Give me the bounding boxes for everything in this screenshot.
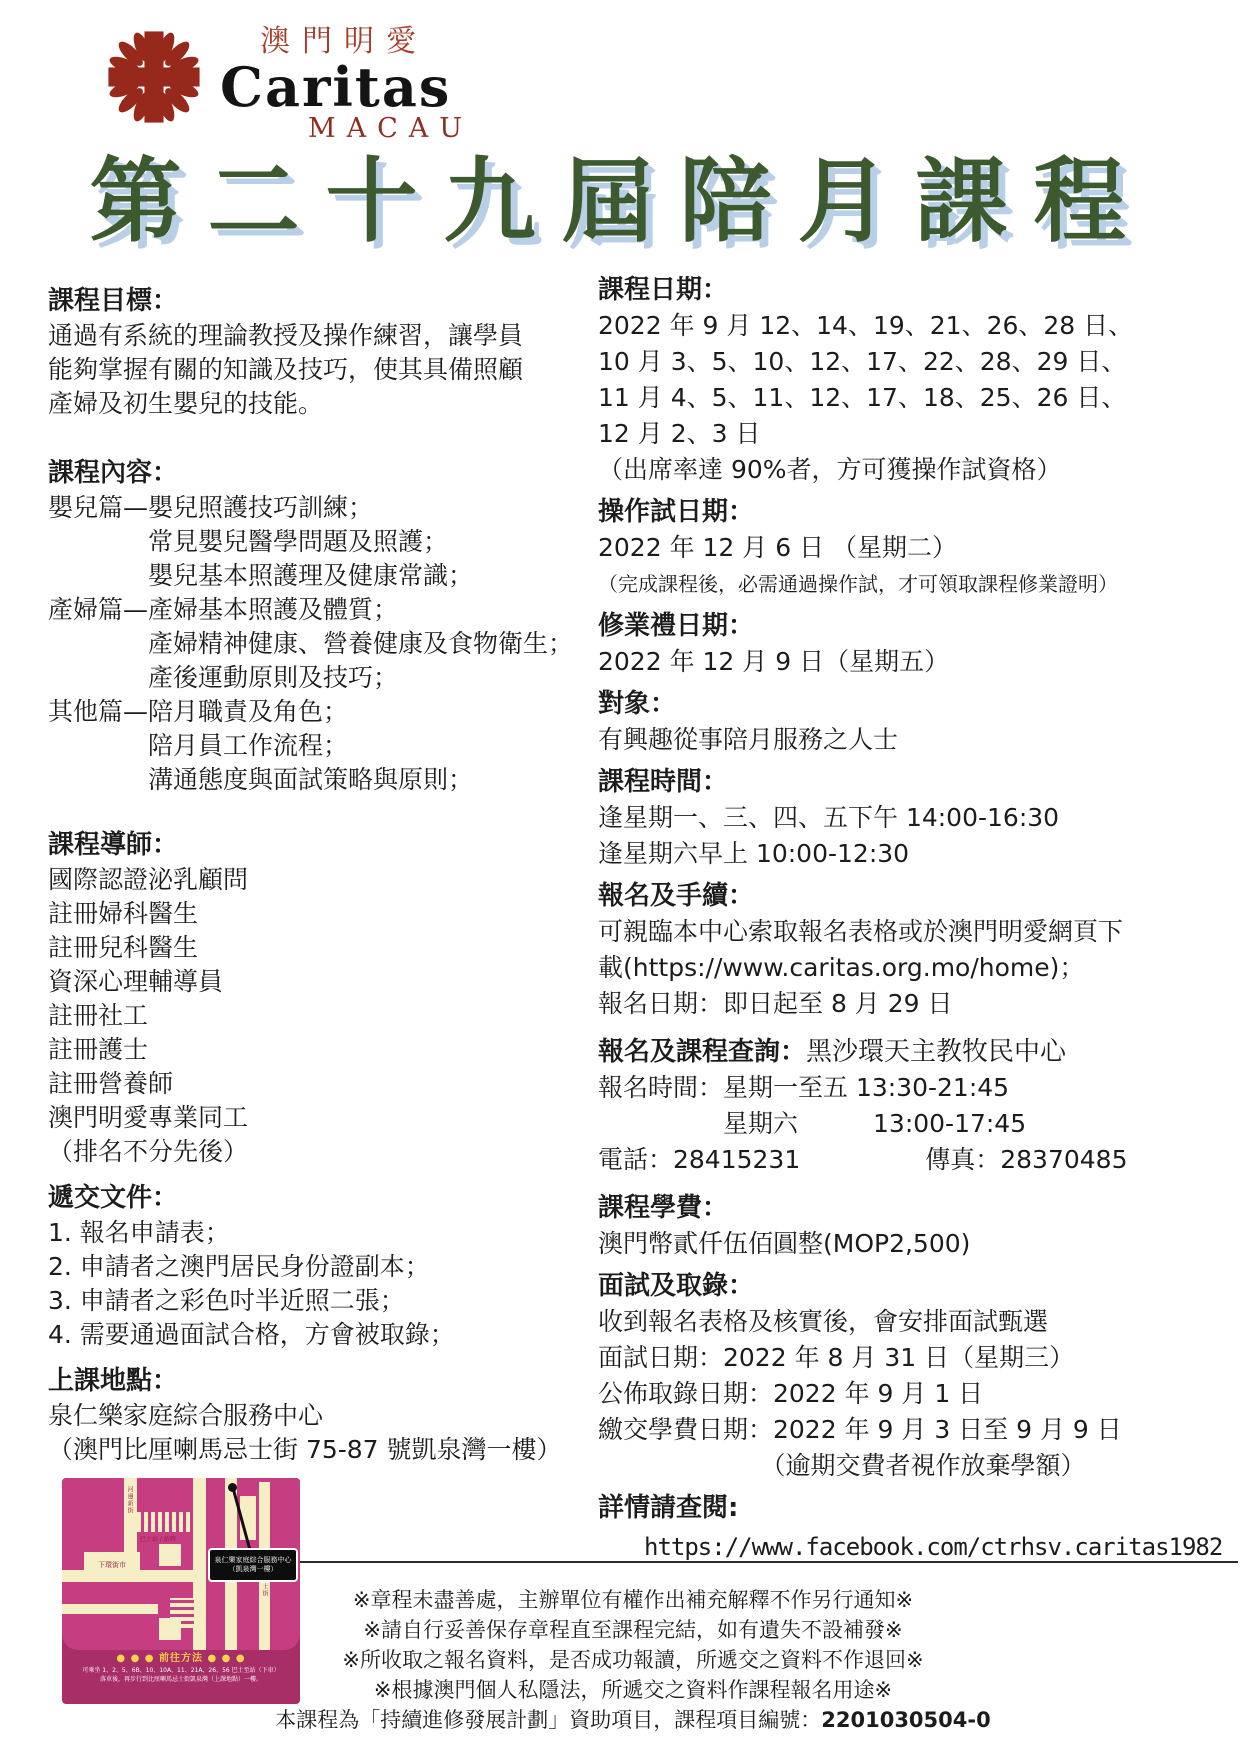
map-pin-icon bbox=[228, 1483, 237, 1492]
text-line: 通過有系統的理論教授及操作練習，讓學員 bbox=[48, 319, 596, 353]
facebook-underline-rule bbox=[288, 1561, 1238, 1563]
map-callout-line2: （凱泉灣一樓） bbox=[229, 1565, 278, 1574]
text-line: 報名時間：星期一至五 13:30-21:45 bbox=[598, 1070, 1241, 1106]
logo-text: 澳門明愛 Caritas MACAU bbox=[220, 24, 473, 143]
section-heading: 課程導師： bbox=[48, 827, 596, 863]
text-line: 12 月 2、3 日 bbox=[598, 416, 1241, 452]
text-line: （澳門比厘喇馬忌士街 75-87 號凱泉灣一樓） bbox=[48, 1433, 596, 1467]
text-line: 可親臨本中心索取報名表格或於澳門明愛網頁下 bbox=[598, 914, 1241, 950]
section: 遞交文件：1. 報名申請表；2. 申請者之澳門居民身份證副本；3. 申請者之彩色… bbox=[48, 1180, 596, 1352]
page-title: 第二十九屆陪月課程 bbox=[0, 128, 1241, 260]
section-heading: 報名及課程查詢：黑沙環天主教牧民中心 bbox=[598, 1034, 1241, 1070]
text-line: 收到報名表格及核實後，會安排面試甄選 bbox=[598, 1304, 1241, 1340]
right-column: 課程日期：2022 年 9 月 12、14、19、21、26、28 日、10 月… bbox=[598, 272, 1241, 1564]
text-line: 1. 報名申請表； bbox=[48, 1216, 596, 1250]
section: 課程學費：澳門幣貳仟伍佰圓整(MOP2,500) bbox=[598, 1190, 1241, 1262]
text-line: 常見嬰兒醫學問題及照護； bbox=[48, 525, 596, 559]
section: 詳情請查閱:https://www.facebook.com/ctrhsv.ca… bbox=[598, 1490, 1241, 1564]
footnote: ※請自行妥善保存章程直至課程完結，如有遺失不設補發※ bbox=[153, 1615, 1113, 1645]
section-heading: 詳情請查閱: bbox=[598, 1490, 1241, 1526]
section-heading: 課程時間： bbox=[598, 764, 1241, 800]
map-callout: 泉仁樂家庭綜合服務中心 （凱泉灣一樓） bbox=[208, 1548, 298, 1582]
text-line: 面試日期：2022 年 8 月 31 日（星期三） bbox=[598, 1340, 1241, 1376]
text-line: 泉仁樂家庭綜合服務中心 bbox=[48, 1399, 596, 1433]
text-line: 有興趣從事陪月服務之人士 bbox=[598, 722, 1241, 758]
section: 面試及取錄：收到報名表格及核實後，會安排面試甄選面試日期：2022 年 8 月 … bbox=[598, 1268, 1241, 1484]
text-line: 註冊營養師 bbox=[48, 1067, 596, 1101]
text-line: 溝通態度與面試策略與原則； bbox=[48, 763, 596, 797]
section-heading: 上課地點： bbox=[48, 1363, 596, 1399]
section: 上課地點：泉仁樂家庭綜合服務中心（澳門比厘喇馬忌士街 75-87 號凱泉灣一樓） bbox=[48, 1363, 596, 1467]
text-line: 10 月 3、5、10、12、17、22、28、29 日、 bbox=[598, 344, 1241, 380]
section-heading-suffix: 黑沙環天主教牧民中心 bbox=[806, 1037, 1066, 1067]
text-line: 註冊護士 bbox=[48, 1033, 596, 1067]
caritas-cross-icon bbox=[98, 24, 210, 130]
text-line: 註冊兒科醫生 bbox=[48, 931, 596, 965]
text-line: 其他篇—陪月職責及角色； bbox=[48, 695, 596, 729]
text-line: 逢星期一、三、四、五下午 14:00-16:30 bbox=[598, 800, 1241, 836]
text-line: 註冊婦科醫生 bbox=[48, 897, 596, 931]
text-line: 2. 申請者之澳門居民身份證副本； bbox=[48, 1250, 596, 1284]
text-line: 註冊社工 bbox=[48, 999, 596, 1033]
text-line: 3. 申請者之彩色吋半近照二張； bbox=[48, 1284, 596, 1318]
text-line: 澳門明愛專業同工 bbox=[48, 1101, 596, 1135]
section-heading: 對象： bbox=[598, 686, 1241, 722]
section-heading: 遞交文件： bbox=[48, 1180, 596, 1216]
left-column: 課程目標：通過有系統的理論教授及操作練習，讓學員能夠掌握有關的知識及技巧，使其具… bbox=[48, 283, 596, 1467]
section: 修業禮日期：2022 年 12 月 9 日（星期五） bbox=[598, 608, 1241, 680]
text-line: 星期六 13:00-17:45 bbox=[598, 1106, 1241, 1142]
text-line: 2022 年 12 月 6 日 （星期二） bbox=[598, 530, 1241, 566]
caritas-logo: 澳門明愛 Caritas MACAU bbox=[98, 24, 473, 143]
section-heading: 面試及取錄： bbox=[598, 1268, 1241, 1304]
section: 課程目標：通過有系統的理論教授及操作練習，讓學員能夠掌握有關的知識及技巧，使其具… bbox=[48, 283, 596, 421]
text-line: 嬰兒基本照護理及健康常識； bbox=[48, 559, 596, 593]
text-line: 嬰兒篇—嬰兒照護技巧訓練； bbox=[48, 491, 596, 525]
text-line: 2022 年 12 月 9 日（星期五） bbox=[598, 644, 1241, 680]
text-line: （出席率達 90%者，方可獲操作試資格） bbox=[598, 452, 1241, 488]
footer: ※章程未盡善處，主辦單位有權作出補充解釋不作另行通知※※請自行妥善保存章程直至課… bbox=[153, 1585, 1113, 1735]
logo-latin-name: Caritas bbox=[220, 60, 473, 115]
section: 課程內容：嬰兒篇—嬰兒照護技巧訓練； 常見嬰兒醫學問題及照護； 嬰兒基本照護理及… bbox=[48, 455, 596, 797]
section-heading: 課程目標： bbox=[48, 283, 596, 319]
text-line: 國際認證泌乳顧問 bbox=[48, 863, 596, 897]
map-callout-line1: 泉仁樂家庭綜合服務中心 bbox=[215, 1556, 292, 1565]
text-line: （排名不分先後） bbox=[48, 1135, 596, 1169]
text-line: （逾期交費者視作放棄學額） bbox=[598, 1448, 1241, 1484]
section: 操作試日期：2022 年 12 月 6 日 （星期二）（完成課程後，必需通過操作… bbox=[598, 494, 1241, 602]
text-line: 資深心理輔導員 bbox=[48, 965, 596, 999]
section: 課程日期：2022 年 9 月 12、14、19、21、26、28 日、10 月… bbox=[598, 272, 1241, 488]
text-line: 公佈取錄日期：2022 年 9 月 1 日 bbox=[598, 1376, 1241, 1412]
text-line: 報名日期：即日起至 8 月 29 日 bbox=[598, 986, 1241, 1022]
funding-code: 2201030504-0 bbox=[821, 1708, 990, 1732]
text-line: 產婦精神健康、營養健康及食物衛生； bbox=[48, 627, 596, 661]
section: 課程導師：國際認證泌乳顧問註冊婦科醫生註冊兒科醫生資深心理輔導員註冊社工註冊護士… bbox=[48, 827, 596, 1169]
text-line: 電話：28415231 傳真：28370485 bbox=[598, 1142, 1241, 1178]
footnote: ※所收取之報名資料，是否成功報讀，所遞交之資料不作退回※ bbox=[153, 1645, 1113, 1675]
section-heading: 課程內容： bbox=[48, 455, 596, 491]
funding-text: 本課程為「持續進修發展計劃」資助項目，課程項目編號： bbox=[275, 1708, 821, 1732]
text-line: 2022 年 9 月 12、14、19、21、26、28 日、 bbox=[598, 308, 1241, 344]
section-heading: 課程日期： bbox=[598, 272, 1241, 308]
footer-notes: ※章程未盡善處，主辦單位有權作出補充解釋不作另行通知※※請自行妥善保存章程直至課… bbox=[153, 1585, 1113, 1705]
url-text[interactable]: 載(https://www.caritas.org.mo/home)； bbox=[598, 950, 1241, 986]
section-heading: 操作試日期： bbox=[598, 494, 1241, 530]
text-line: 繳交學費日期：2022 年 9 月 3 日至 9 月 9 日 bbox=[598, 1412, 1241, 1448]
text-line: （完成課程後，必需通過操作試，才可領取課程修業證明） bbox=[598, 566, 1241, 602]
text-line: 澳門幣貳仟伍佰圓整(MOP2,500) bbox=[598, 1226, 1241, 1262]
section-heading: 課程學費： bbox=[598, 1190, 1241, 1226]
url-text[interactable]: https://www.facebook.com/ctrhsv.caritas1… bbox=[598, 1530, 1241, 1564]
funding-line: 本課程為「持續進修發展計劃」資助項目，課程項目編號：2201030504-0 bbox=[153, 1705, 1113, 1735]
section: 對象：有興趣從事陪月服務之人士 bbox=[598, 686, 1241, 758]
text-line: 陪月員工作流程； bbox=[48, 729, 596, 763]
section: 報名及手續：可親臨本中心索取報名表格或於澳門明愛網頁下載(https://www… bbox=[598, 878, 1241, 1022]
flyer-page: 澳門明愛 Caritas MACAU 第二十九屆陪月課程 課程目標：通過有系統的… bbox=[0, 0, 1241, 1755]
section-heading: 報名及手續： bbox=[598, 878, 1241, 914]
footnote: ※章程未盡善處，主辦單位有權作出補充解釋不作另行通知※ bbox=[153, 1585, 1113, 1615]
section: 報名及課程查詢：黑沙環天主教牧民中心報名時間：星期一至五 13:30-21:45… bbox=[598, 1034, 1241, 1178]
section-heading: 修業禮日期： bbox=[598, 608, 1241, 644]
text-line: 逢星期六早上 10:00-12:30 bbox=[598, 836, 1241, 872]
text-line: 4. 需要通過面試合格，方會被取錄； bbox=[48, 1318, 596, 1352]
footnote: ※根據澳門個人私隱法，所遞交之資料作課程報名用途※ bbox=[153, 1675, 1113, 1705]
text-line: 產婦篇—產婦基本照護及體質； bbox=[48, 593, 596, 627]
text-line: 能夠掌握有關的知識及技巧，使其具備照顧 bbox=[48, 353, 596, 387]
text-line: 11 月 4、5、11、12、17、18、25、26 日、 bbox=[598, 380, 1241, 416]
text-line: 產後運動原則及技巧； bbox=[48, 661, 596, 695]
text-line: 產婦及初生嬰兒的技能。 bbox=[48, 387, 596, 421]
section: 課程時間：逢星期一、三、四、五下午 14:00-16:30逢星期六早上 10:0… bbox=[598, 764, 1241, 872]
